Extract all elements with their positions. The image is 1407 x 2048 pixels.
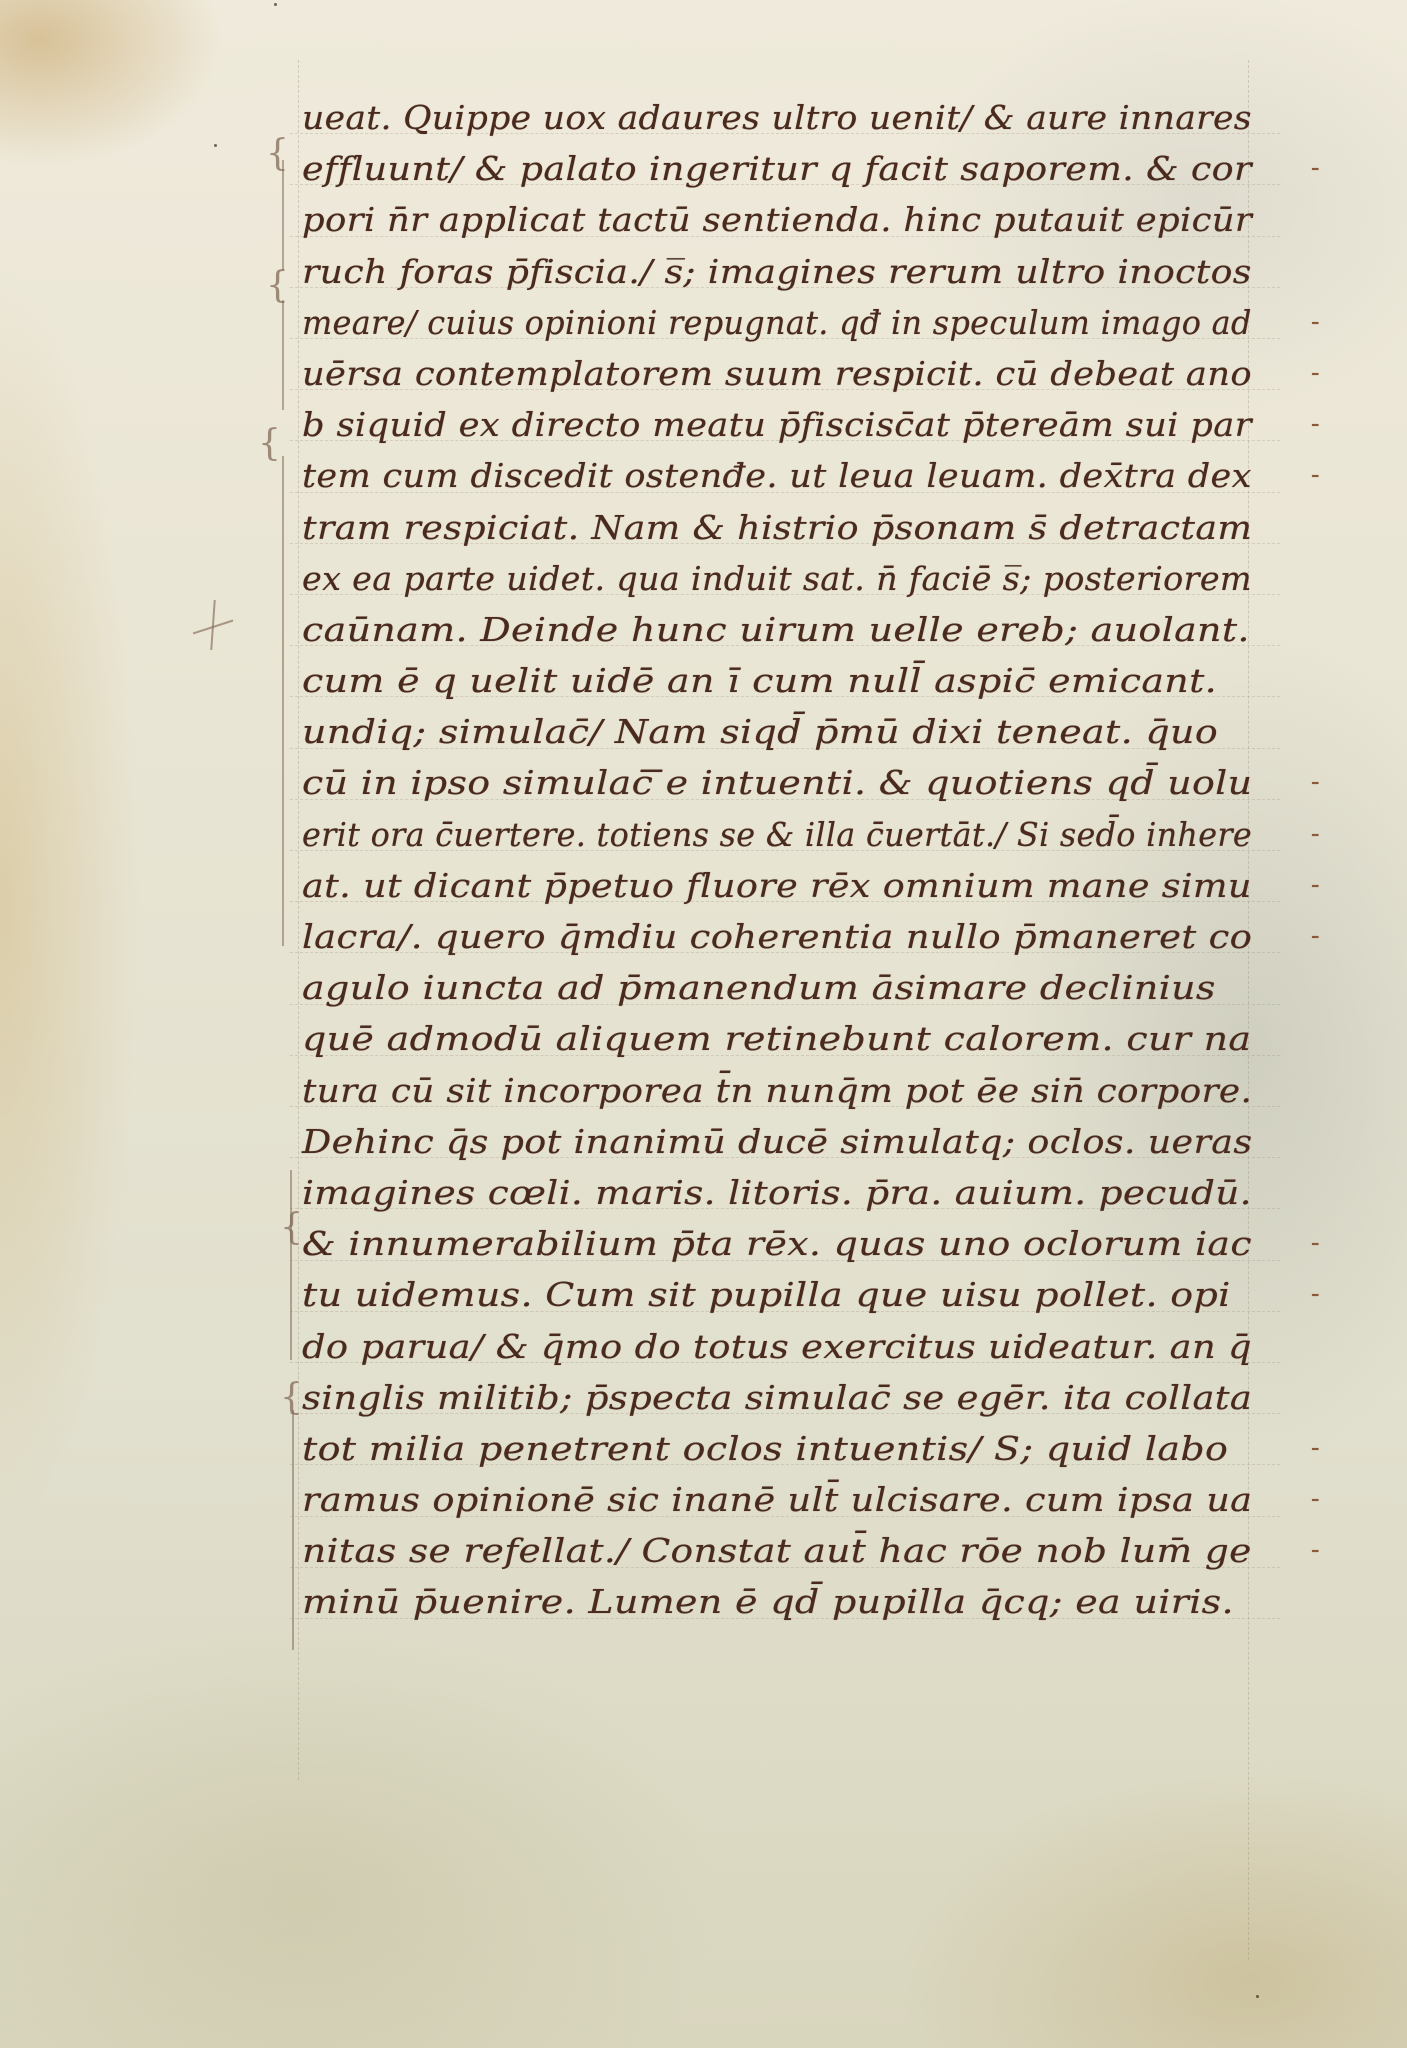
manuscript-line: nitas se refellat./ Constat aut̄ hac rō…: [302, 1525, 1292, 1576]
line-hyphen: -: [1311, 1269, 1320, 1320]
manuscript-line: pori n̄r applicat tactū sentienda. hinc…: [302, 194, 1292, 245]
line-hyphen: -: [1311, 757, 1320, 808]
line-hyphen: -: [1311, 809, 1320, 860]
manuscript-line: ramus opinionē sic inanē ult̄ ulcisare…: [302, 1474, 1292, 1525]
line-hyphen: -: [1311, 1474, 1320, 1525]
line-text: tram respiciat. Nam & histrio p̄sonam s̄…: [302, 502, 1252, 553]
line-text: meare/ cuius opinioni repugnat. qđ in sp…: [302, 297, 1252, 348]
line-text: uērsa contemplatorem suum respicit. cū…: [302, 348, 1252, 399]
line-text: ruch foras p̄fiscia./ s̅; imagines rerum…: [302, 246, 1252, 297]
margin-bracket: [282, 160, 294, 270]
line-text: Dehinc q̄s pot inanimū ducē simulatq; …: [302, 1116, 1252, 1167]
line-text: tem cum discedit ostenđe. ut leua leuam.…: [302, 450, 1252, 501]
line-text: nitas se refellat./ Constat aut̄ hac rō…: [302, 1525, 1252, 1576]
line-text: imagines cœli. maris. litoris. p̄ra. aui…: [302, 1167, 1252, 1218]
manuscript-line: effluunt/ & palato ingeritur q facit sap…: [302, 143, 1292, 194]
line-text: effluunt/ & palato ingeritur q facit sap…: [302, 143, 1252, 194]
manuscript-line: ruch foras p̄fiscia./ s̅; imagines rerum…: [302, 246, 1292, 297]
margin-brace-icon: {: [266, 268, 289, 304]
line-text: & innumerabilium p̄ta rēx. quas uno ocl…: [302, 1218, 1252, 1269]
line-text: ueat. Quippe uox adaures ultro uenit/ & …: [302, 92, 1252, 143]
parchment-speck: [1256, 1995, 1259, 1998]
line-text: singlis militib; p̄specta simulac̄ se eg…: [302, 1372, 1252, 1423]
manuscript-line: do parua/ & q̄mo do totus exercitus uide…: [302, 1321, 1292, 1372]
line-text: ramus opinionē sic inanē ult̄ ulcisare…: [302, 1474, 1252, 1525]
manuscript-line: & innumerabilium p̄ta rēx. quas uno ocl…: [302, 1218, 1292, 1269]
manuscript-line: tram respiciat. Nam & histrio p̄sonam s̄…: [302, 502, 1292, 553]
parchment-speck: [214, 144, 217, 147]
line-text: do parua/ & q̄mo do totus exercitus uide…: [302, 1321, 1252, 1372]
manuscript-line: tot milia penetrent oclos intuentis/ S; …: [302, 1423, 1292, 1474]
line-text: at. ut dicant p̄petuo fluore rēx omnium…: [302, 860, 1252, 911]
manuscript-line: imagines cœli. maris. litoris. p̄ra. aui…: [302, 1167, 1292, 1218]
line-text: ex ea parte uidet. qua induit sat. n̄ fa…: [302, 553, 1252, 604]
manuscript-line: caūnam. Deinde hunc uirum uelle ereb; a…: [302, 604, 1292, 655]
manuscript-line: singlis militib; p̄specta simulac̄ se eg…: [302, 1372, 1292, 1423]
margin-brace-icon: {: [258, 426, 281, 462]
line-text: b siquid ex directo meatu p̄fiscisc̄at p…: [302, 399, 1252, 450]
manuscript-line: cū in ipso simulac̄ ̄e intuenti. & quot…: [302, 757, 1292, 808]
manuscript-line: Dehinc q̄s pot inanimū ducē simulatq; …: [302, 1116, 1292, 1167]
margin-bracket: [290, 1170, 302, 1360]
line-text: cū in ipso simulac̄ ̄e intuenti. & quot…: [302, 757, 1252, 808]
manuscript-line: quē admodū aliquem retinebunt calorem.…: [302, 1013, 1292, 1064]
manuscript-line: agulo iuncta ad p̄manendum āsimare decl…: [302, 962, 1292, 1013]
manuscript-line: tem cum discedit ostenđe. ut leua leuam.…: [302, 450, 1292, 501]
line-text: cum ē q uelit uidē an ī cum null̄ asp…: [302, 655, 1217, 706]
line-hyphen: -: [1311, 1218, 1320, 1269]
manuscript-line: undiq; simulac̄/ Nam siqd̄ p̄mū dixi te…: [302, 706, 1292, 757]
line-text: undiq; simulac̄/ Nam siqd̄ p̄mū dixi te…: [302, 706, 1218, 757]
line-hyphen: -: [1311, 911, 1320, 962]
line-text: tu uidemus. Cum sit pupilla que uisu pol…: [302, 1269, 1231, 1320]
line-text: lacra/. quero q̄mdiu coherentia nullo p̄…: [302, 911, 1252, 962]
manuscript-line: uērsa contemplatorem suum respicit. cū…: [302, 348, 1292, 399]
line-text: minū p̄uenire. Lumen ē qd̄ pupilla q̄c…: [302, 1576, 1234, 1627]
manuscript-line: tura cū sit incorporea t̄n nunq̄m pot e…: [302, 1065, 1292, 1116]
manuscript-line: ex ea parte uidet. qua induit sat. n̄ fa…: [302, 553, 1292, 604]
line-hyphen: -: [1311, 143, 1320, 194]
manuscript-line: minū p̄uenire. Lumen ē qd̄ pupilla q̄c…: [302, 1576, 1292, 1627]
line-text: caūnam. Deinde hunc uirum uelle ereb; a…: [302, 604, 1250, 655]
line-hyphen: -: [1311, 399, 1320, 450]
manuscript-line: ueat. Quippe uox adaures ultro uenit/ & …: [302, 92, 1292, 143]
manuscript-folio: { { { { { ueat. Quippe uox adaures ultro…: [0, 0, 1407, 2048]
line-hyphen: -: [1311, 450, 1320, 501]
manuscript-line: at. ut dicant p̄petuo fluore rēx omnium…: [302, 860, 1292, 911]
line-hyphen: -: [1311, 860, 1320, 911]
line-text: tura cū sit incorporea t̄n nunq̄m pot e…: [302, 1065, 1252, 1116]
line-hyphen: -: [1311, 297, 1320, 348]
manuscript-line: lacra/. quero q̄mdiu coherentia nullo p̄…: [302, 911, 1292, 962]
margin-cross-mark-icon: [192, 600, 234, 650]
text-column: ueat. Quippe uox adaures ultro uenit/ & …: [302, 92, 1292, 1628]
line-hyphen: -: [1311, 1423, 1320, 1474]
manuscript-line: b siquid ex directo meatu p̄fiscisc̄at p…: [302, 399, 1292, 450]
manuscript-line: erit ora c̄uertere. totiens se & illa c̄…: [302, 809, 1292, 860]
margin-bracket: [282, 300, 294, 410]
line-text: agulo iuncta ad p̄manendum āsimare decl…: [302, 962, 1216, 1013]
line-text: quē admodū aliquem retinebunt calorem.…: [302, 1013, 1251, 1064]
manuscript-line: cum ē q uelit uidē an ī cum null̄ asp…: [302, 655, 1292, 706]
margin-bracket: [282, 456, 294, 946]
line-text: erit ora c̄uertere. totiens se & illa c̄…: [302, 809, 1252, 860]
manuscript-line: tu uidemus. Cum sit pupilla que uisu pol…: [302, 1269, 1292, 1320]
manuscript-line: meare/ cuius opinioni repugnat. qđ in sp…: [302, 297, 1292, 348]
line-hyphen: -: [1311, 1525, 1320, 1576]
line-text: pori n̄r applicat tactū sentienda. hinc…: [302, 194, 1252, 245]
line-hyphen: -: [1311, 348, 1320, 399]
line-text: tot milia penetrent oclos intuentis/ S; …: [302, 1423, 1228, 1474]
parchment-speck: [274, 3, 277, 6]
